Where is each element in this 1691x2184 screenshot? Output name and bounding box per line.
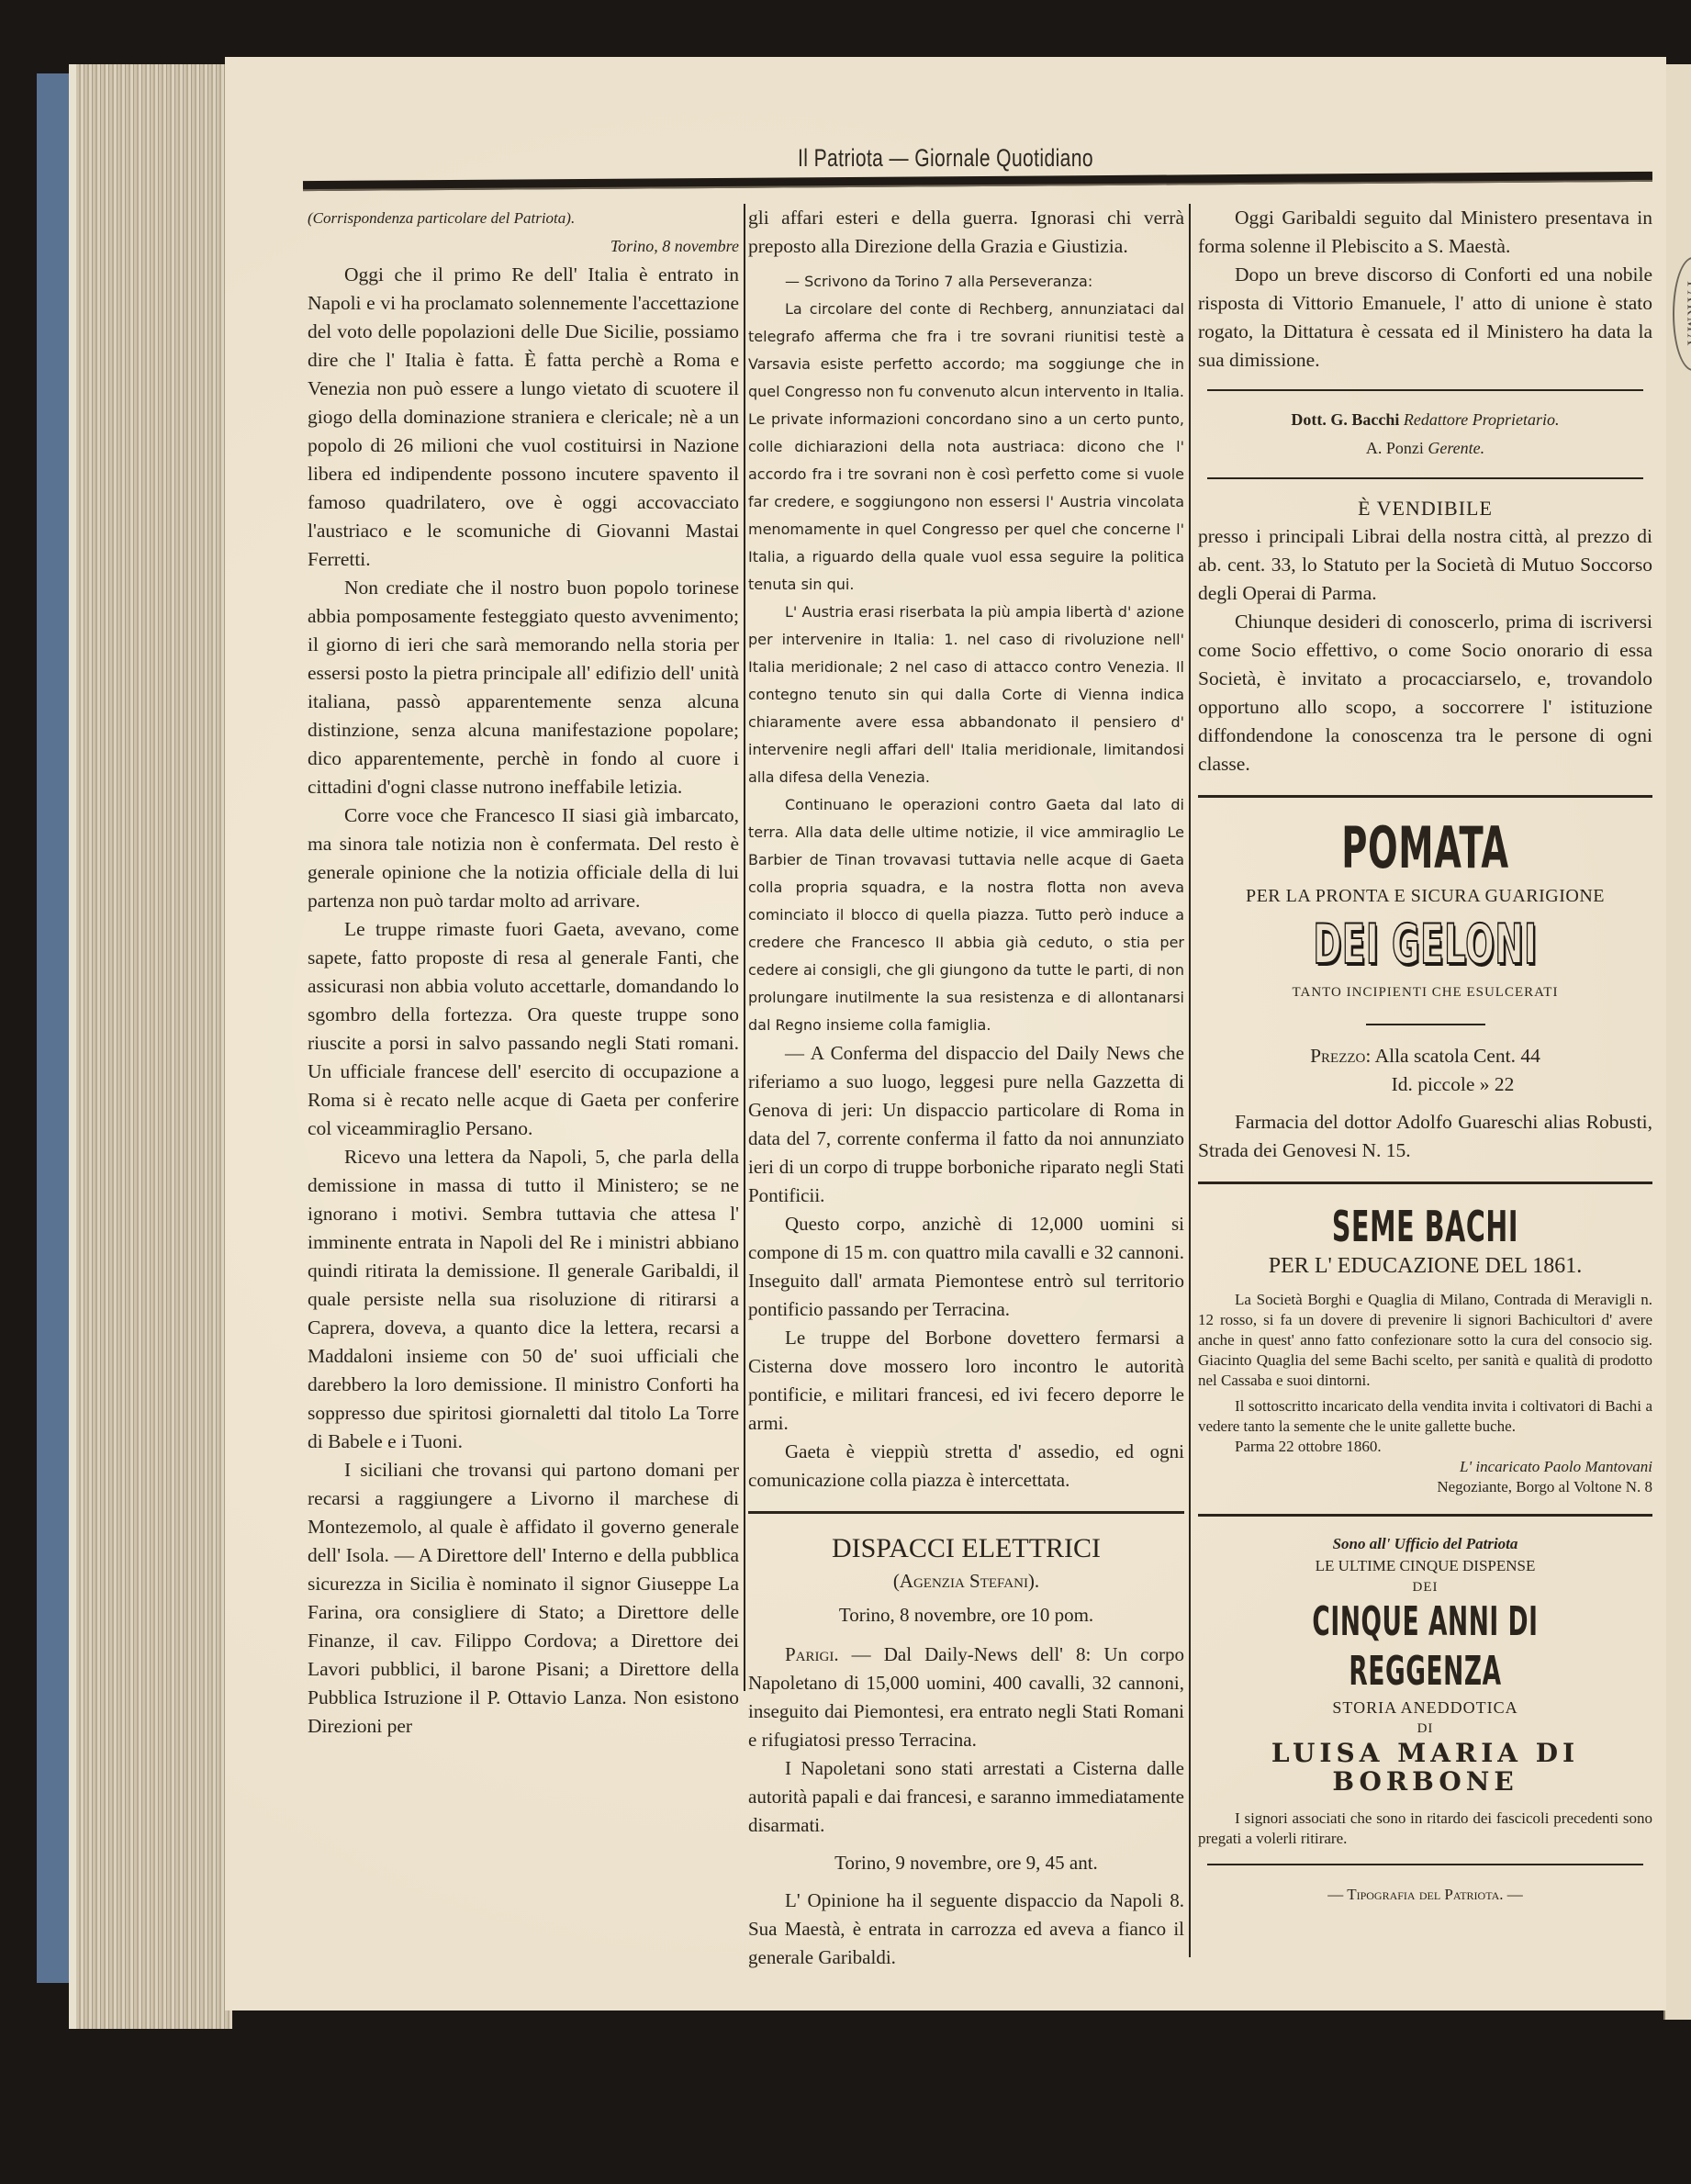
section-rule [1207, 1864, 1643, 1865]
cinque-anni-ad: Sono all' Ufficio del Patriota LE ULTIME… [1198, 1533, 1652, 1849]
column-1: (Corrispondenza particolare del Patriota… [308, 204, 739, 1741]
correspondence-heading: (Corrispondenza particolare del Patriota… [308, 204, 739, 232]
ad-subtitle: LE ULTIME CINQUE DISPENSE [1198, 1555, 1652, 1577]
dispacci-dateline: Torino, 8 novembre, ore 10 pom. [748, 1601, 1184, 1630]
newspaper-page: Il Patriota — Giornale Quotidiano (Corri… [225, 57, 1666, 2010]
ad-signer-address: Negoziante, Borgo al Voltone N. 8 [1198, 1477, 1652, 1497]
paragraph: — A Conferma del dispaccio del Daily New… [748, 1039, 1184, 1210]
column-divider [1189, 204, 1191, 1957]
paragraph: Corre voce che Francesco II siasi già im… [308, 801, 739, 915]
ad-connector: DI [1198, 1719, 1652, 1739]
paragraph: Il sottoscritto incaricato della vendita… [1198, 1396, 1652, 1437]
ad-subtitle: PER L' EDUCAZIONE DEL 1861. [1198, 1252, 1652, 1281]
pomata-ad: POMATA PER LA PRONTA E SICURA GUARIGIONE… [1198, 814, 1652, 1165]
ad-title: SEME BACHI [1284, 1201, 1566, 1252]
ad-connector: DEI [1198, 1577, 1652, 1597]
ad-subtitle: TANTO INCIPIENTI CHE ESULCERATI [1198, 979, 1652, 1007]
seme-bachi-ad: SEME BACHI PER L' EDUCAZIONE DEL 1861. L… [1198, 1201, 1652, 1497]
paragraph: Dopo un breve discorso di Conforti ed un… [1198, 261, 1652, 375]
paragraph: Ricevo una lettera da Napoli, 5, che par… [308, 1143, 739, 1456]
paragraph: Gaeta è vieppiù stretta d' assedio, ed o… [748, 1438, 1184, 1495]
paragraph: gli affari esteri e della guerra. Ignora… [748, 204, 1184, 261]
section-rule [1207, 477, 1643, 479]
perseveranza-intro: — Scrivono da Torino 7 alla Perseveranza… [748, 268, 1184, 296]
ad-date: Parma 22 ottobre 1860. [1198, 1437, 1652, 1457]
dispacci-dateline: Torino, 9 novembre, ore 9, 45 ant. [748, 1849, 1184, 1877]
ornament-rule [1366, 1024, 1485, 1025]
paragraph: Le truppe del Borbone dovettero fermarsi… [748, 1324, 1184, 1438]
ad-title: DEI GELONI [1284, 911, 1566, 979]
paragraph: I siciliani che trovansi qui partono dom… [308, 1456, 739, 1741]
page-edges [69, 64, 232, 2029]
paragraph: Non crediate che il nostro buon popolo t… [308, 574, 739, 801]
manager-credit: A. Ponzi Gerente. [1198, 434, 1652, 463]
editor-credit: Dott. G. Bacchi Redattore Proprietario. [1198, 406, 1652, 434]
printer-imprint: — Tipografia del Patriota. — [1198, 1880, 1652, 1909]
paragraph: La circolare del conte di Rechberg, annu… [748, 296, 1184, 599]
column-3: Oggi Garibaldi seguito dal Ministero pre… [1198, 204, 1652, 1909]
paragraph: Oggi che il primo Re dell' Italia è entr… [308, 261, 739, 574]
paragraph: Continuano le operazioni contro Gaeta da… [748, 791, 1184, 1039]
paragraph: La Società Borghi e Quaglia di Milano, C… [1198, 1290, 1652, 1391]
column-divider [744, 204, 745, 1691]
paragraph: Parigi. — Dal Daily-News dell' 8: Un cor… [748, 1641, 1184, 1754]
ad-author: LUISA MARIA DI BORBONE [1198, 1739, 1652, 1796]
section-rule [1198, 1182, 1652, 1184]
paragraph: presso i principali Librai della nostra … [1198, 522, 1652, 608]
price-line: Prezzo: Alla scatola Cent. 44 [1198, 1042, 1652, 1070]
paragraph: Oggi Garibaldi seguito dal Ministero pre… [1198, 204, 1652, 261]
dispacci-title: DISPACCI ELETTRICI [748, 1530, 1184, 1567]
ad-subtitle: STORIA ANEDDOTICA [1198, 1697, 1652, 1719]
pharmacy-address: Farmacia del dottor Adolfo Guareschi ali… [1198, 1108, 1652, 1165]
ad-intro: Sono all' Ufficio del Patriota [1198, 1533, 1652, 1555]
ad-title: POMATA [1284, 814, 1566, 882]
ad-signer: L' incaricato Paolo Mantovani [1198, 1457, 1652, 1477]
section-rule [748, 1511, 1184, 1514]
masthead-title: Il Patriota — Giornale Quotidiano [384, 144, 1508, 173]
paragraph: Chiunque desideri di conoscerlo, prima d… [1198, 608, 1652, 778]
paragraph: L' Opinione ha il seguente dispaccio da … [748, 1887, 1184, 1972]
ad-subtitle: PER LA PRONTA E SICURA GUARIGIONE [1198, 882, 1652, 911]
column-2: gli affari esteri e della guerra. Ignora… [748, 204, 1184, 1972]
price-line: Id. piccole » 22 [1198, 1070, 1652, 1099]
paragraph: L' Austria erasi riserbata la più ampia … [748, 599, 1184, 791]
section-rule [1207, 389, 1643, 391]
paragraph: Le truppe rimaste fuori Gaeta, avevano, … [308, 915, 739, 1143]
ad-title: CINQUE ANNI DI REGGENZA [1289, 1597, 1562, 1697]
vendibile-title: È VENDIBILE [1198, 494, 1652, 522]
dateline: Torino, 8 novembre [308, 232, 739, 261]
location-label: Parigi. [785, 1643, 839, 1665]
section-rule [1198, 1514, 1652, 1517]
paragraph: Questo corpo, anzichè di 12,000 uomini s… [748, 1210, 1184, 1324]
paragraph: I signori associati che sono in ritardo … [1198, 1809, 1652, 1849]
section-rule [1198, 795, 1652, 798]
paragraph: I Napoletani sono stati arrestati a Cist… [748, 1754, 1184, 1840]
masthead-rule [303, 172, 1652, 191]
dispacci-agency: (Agenzia Stefani). [748, 1567, 1184, 1596]
